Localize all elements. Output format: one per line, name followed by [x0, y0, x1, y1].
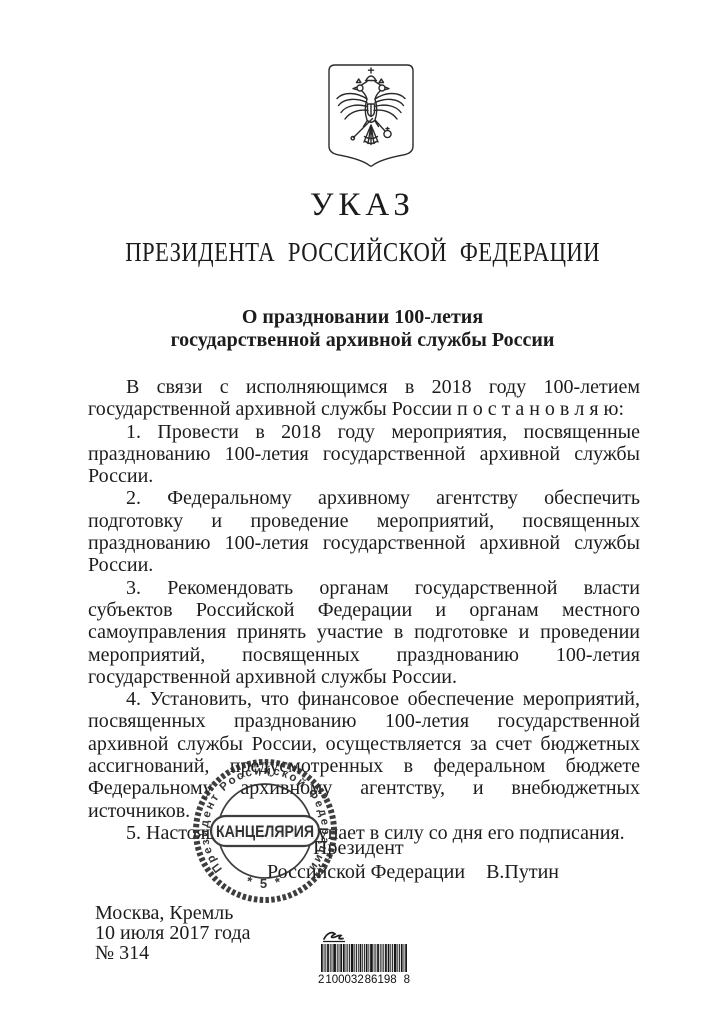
signature-name: В.Путин [486, 860, 559, 884]
decree-document-page: УКАЗ ПРЕЗИДЕНТА РОССИЙСКОЙ ФЕДЕРАЦИИ О п… [0, 0, 725, 1024]
barcode-digit-group: 2 [318, 974, 324, 986]
barcode-digit-group: 86198 [365, 974, 397, 986]
decree-issuer-text: ПРЕЗИДЕНТА РОССИЙСКОЙ ФЕДЕРАЦИИ [125, 239, 600, 266]
barcode-bars [321, 944, 407, 972]
decree-title: УКАЗ [0, 189, 725, 222]
decree-paragraph: 4. Установить, что финансовое обеспечени… [88, 688, 640, 822]
barcode-digit-group: 100032 [325, 974, 363, 986]
subject-line-2: государственной архивной службы России [0, 329, 725, 352]
decree-body: В связи с исполняющимся в 2018 году 100-… [88, 376, 640, 844]
barcode-digit-group: 8 [404, 974, 410, 986]
decree-subject: О праздновании 100-летия государственной… [0, 306, 725, 352]
issue-details: Москва, Кремль 10 июля 2017 года № 314 [95, 904, 251, 963]
signature-title-line-2: Российской Федерации [267, 860, 465, 884]
decree-issuer: ПРЕЗИДЕНТА РОССИЙСКОЙ ФЕДЕРАЦИИ [0, 239, 725, 266]
handwritten-mark-icon [322, 930, 348, 943]
subject-line-1: О праздновании 100-летия [0, 306, 725, 329]
signature-block: Президент Российской Федерации В.Путин [267, 836, 559, 884]
barcode-digits: 2 100032 86198 8 [318, 974, 410, 986]
decree-paragraph: 1. Провести в 2018 году мероприятия, пос… [88, 421, 640, 488]
issue-date: 10 июля 2017 года [95, 924, 251, 944]
issue-place: Москва, Кремль [95, 904, 251, 924]
decree-paragraph: В связи с исполняющимся в 2018 году 100-… [88, 376, 640, 421]
decree-number: № 314 [95, 944, 251, 964]
double-headed-eagle-icon [337, 68, 405, 145]
signature-title-line-1: Президент [267, 836, 559, 860]
decree-paragraph: 2. Федеральному архивному агентству обес… [88, 487, 640, 576]
coat-of-arms-icon [326, 62, 416, 169]
decree-paragraph: 3. Рекомендовать органам государственной… [88, 577, 640, 688]
